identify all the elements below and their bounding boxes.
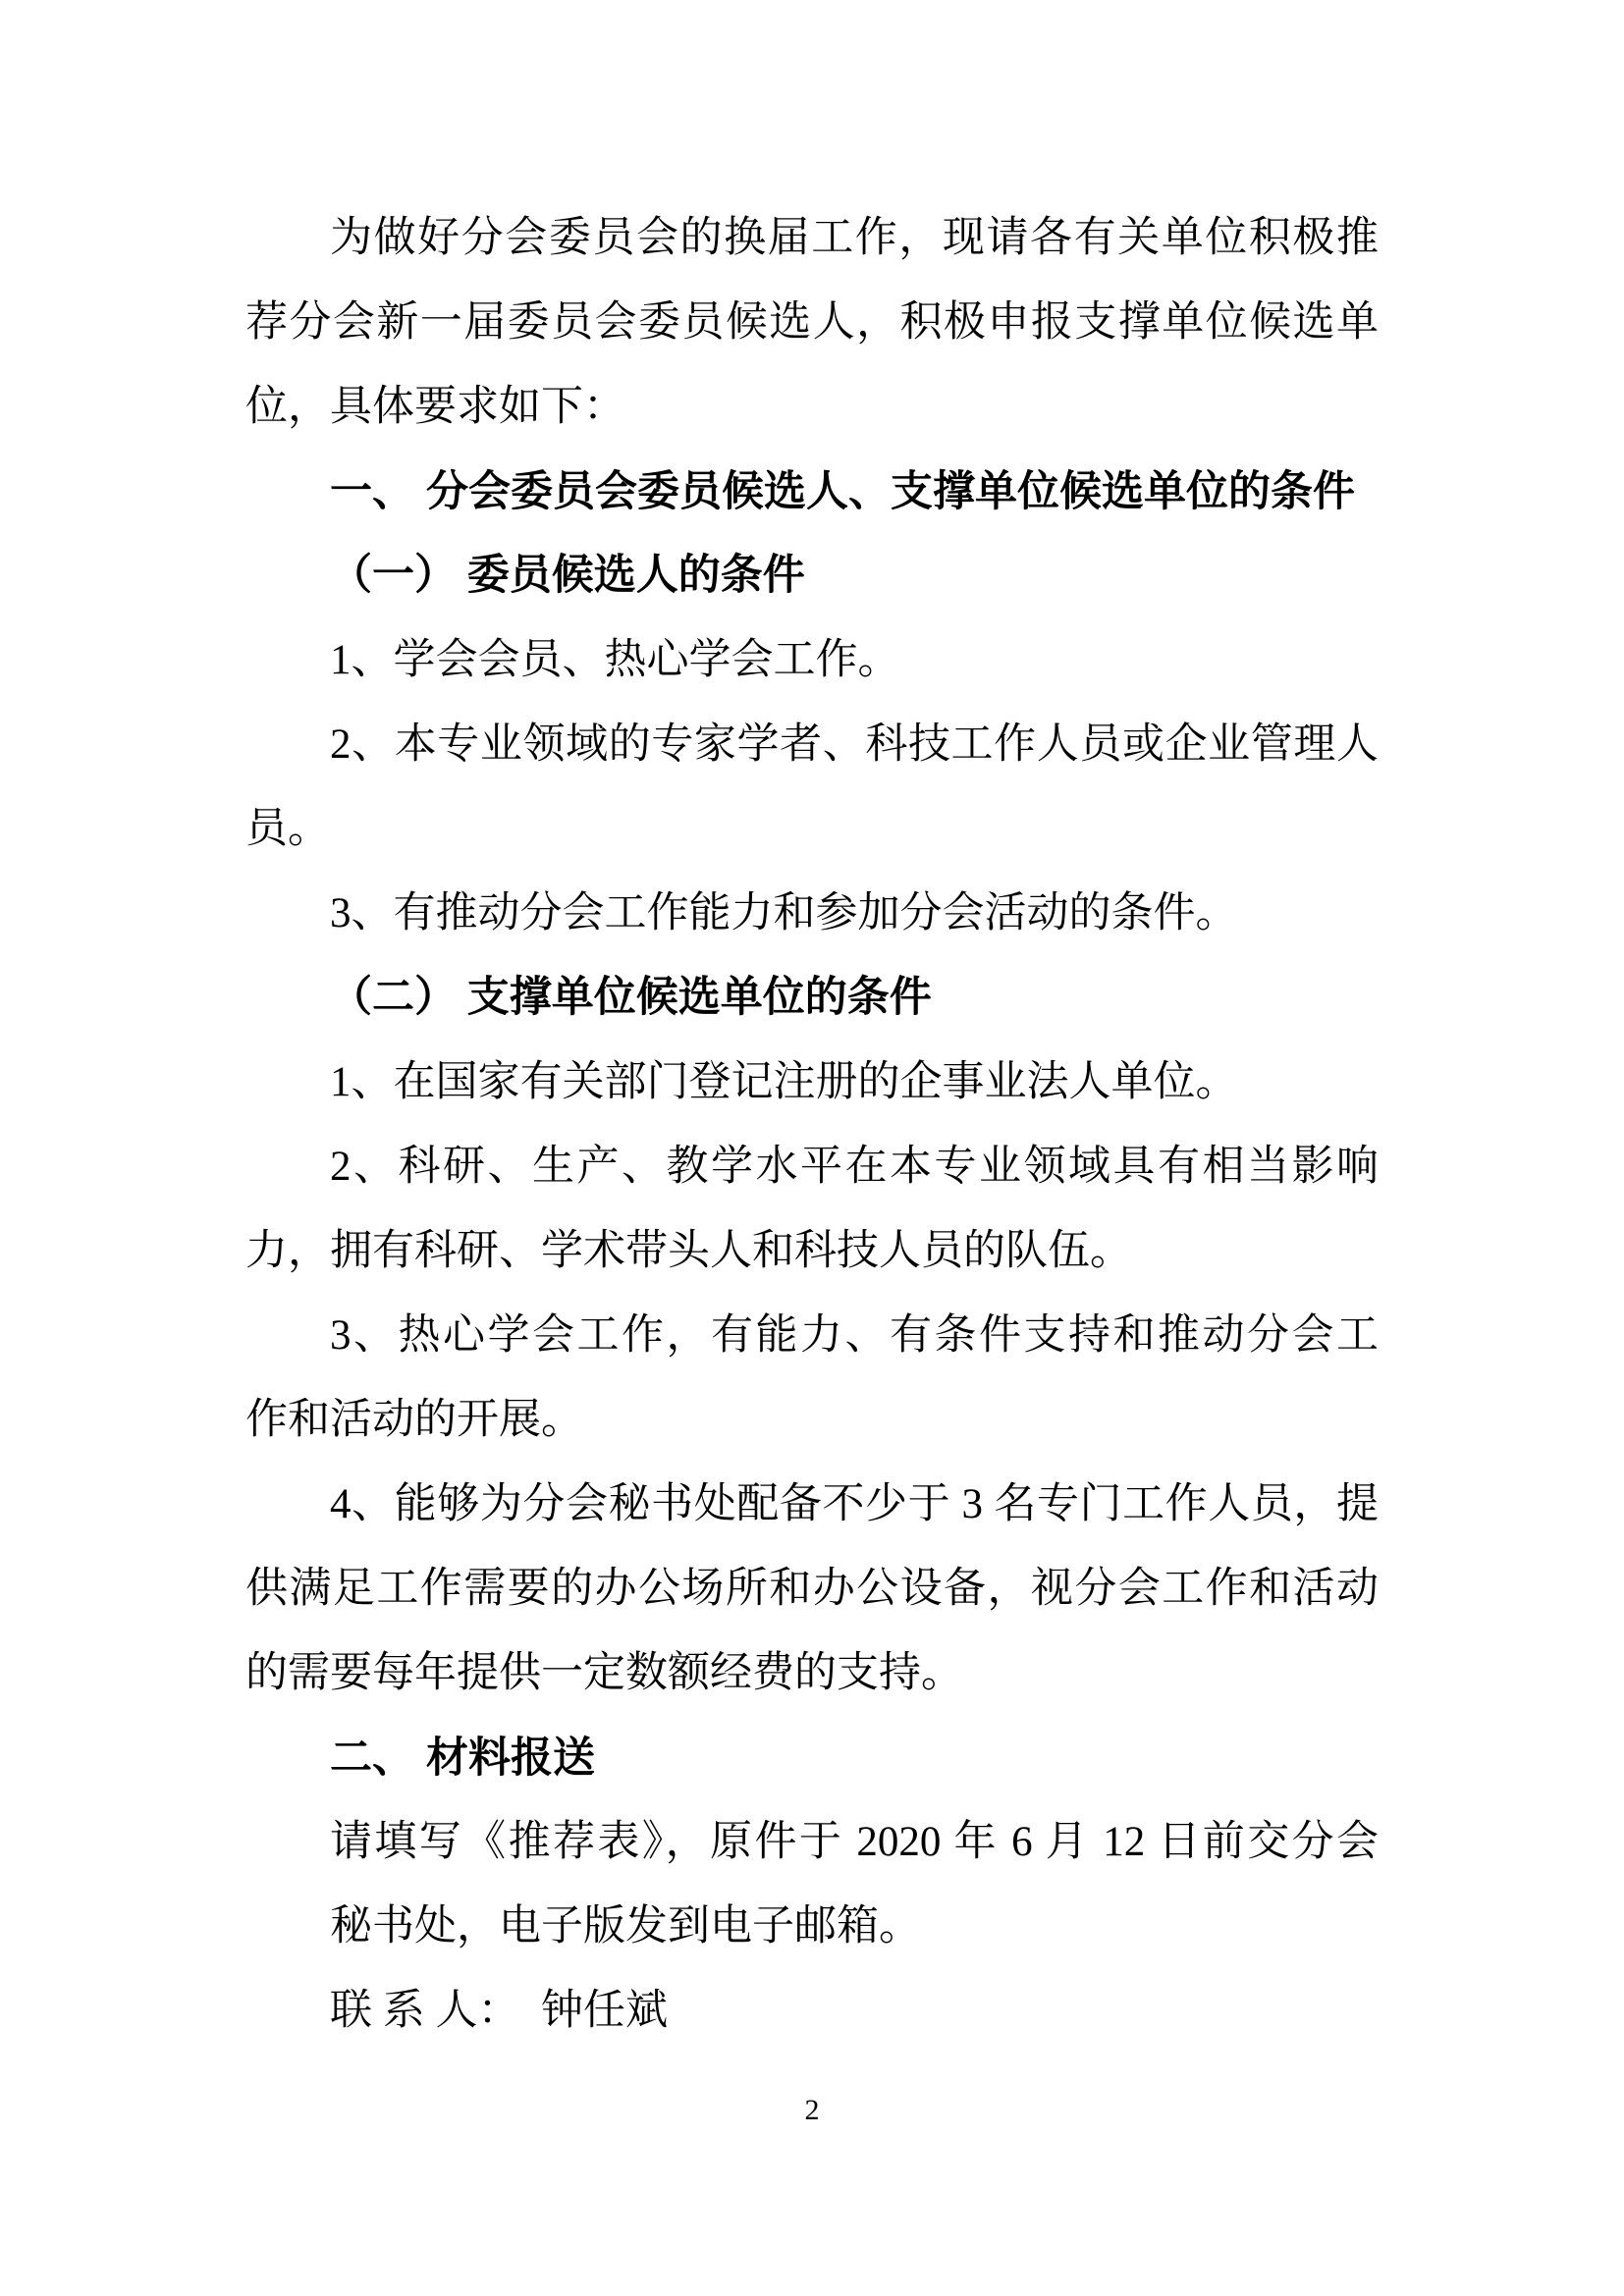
text-line: 3、有推动分会工作能力和参加分会活动的条件。 xyxy=(245,872,1379,956)
text-line: 供满足工作需要的办公场所和办公设备，视分会工作和活动 xyxy=(245,1547,1379,1631)
text-line: 二、 材料报送 xyxy=(245,1716,1379,1800)
text-line: 的需要每年提供一定数额经费的支持。 xyxy=(245,1631,1379,1716)
text-line: 3、热心学会工作，有能力、有条件支持和推动分会工 xyxy=(245,1294,1379,1378)
document-body: 为做好分会委员会的换届工作，现请各有关单位积极推荐分会新一届委员会委员候选人，积… xyxy=(245,196,1379,2054)
text-line: 1、在国家有关部门登记注册的企事业法人单位。 xyxy=(245,1041,1379,1125)
text-line: 秘书处，电子版发到电子邮箱。 xyxy=(245,1885,1379,1969)
page-number: 2 xyxy=(0,2091,1624,2130)
text-line: 员。 xyxy=(245,787,1379,872)
text-line: 一、 分会委员会委员候选人、支撑单位候选单位的条件 xyxy=(245,450,1379,534)
text-line: 为做好分会委员会的换届工作，现请各有关单位积极推 xyxy=(245,196,1379,281)
text-line: 作和活动的开展。 xyxy=(245,1378,1379,1463)
text-line: （二） 支撑单位候选单位的条件 xyxy=(245,956,1379,1041)
text-line: 2、科研、生产、教学水平在本专业领域具有相当影响 xyxy=(245,1125,1379,1209)
text-line: 1、学会会员、热心学会工作。 xyxy=(245,618,1379,703)
text-line: 联 系 人： 钟任斌 xyxy=(245,1969,1379,2054)
text-line: 位，具体要求如下： xyxy=(245,365,1379,450)
text-line: 荐分会新一届委员会委员候选人，积极申报支撑单位候选单 xyxy=(245,281,1379,365)
text-line: （一） 委员候选人的条件 xyxy=(245,534,1379,618)
text-line: 4、能够为分会秘书处配备不少于 3 名专门工作人员，提 xyxy=(245,1463,1379,1547)
text-line: 力，拥有科研、学术带头人和科技人员的队伍。 xyxy=(245,1209,1379,1294)
text-line: 2、本专业领域的专家学者、科技工作人员或企业管理人 xyxy=(245,703,1379,787)
text-line: 请填写《推荐表》，原件于 2020 年 6 月 12 日前交分会 xyxy=(245,1800,1379,1885)
document-page: 为做好分会委员会的换届工作，现请各有关单位积极推荐分会新一届委员会委员候选人，积… xyxy=(0,0,1624,2296)
